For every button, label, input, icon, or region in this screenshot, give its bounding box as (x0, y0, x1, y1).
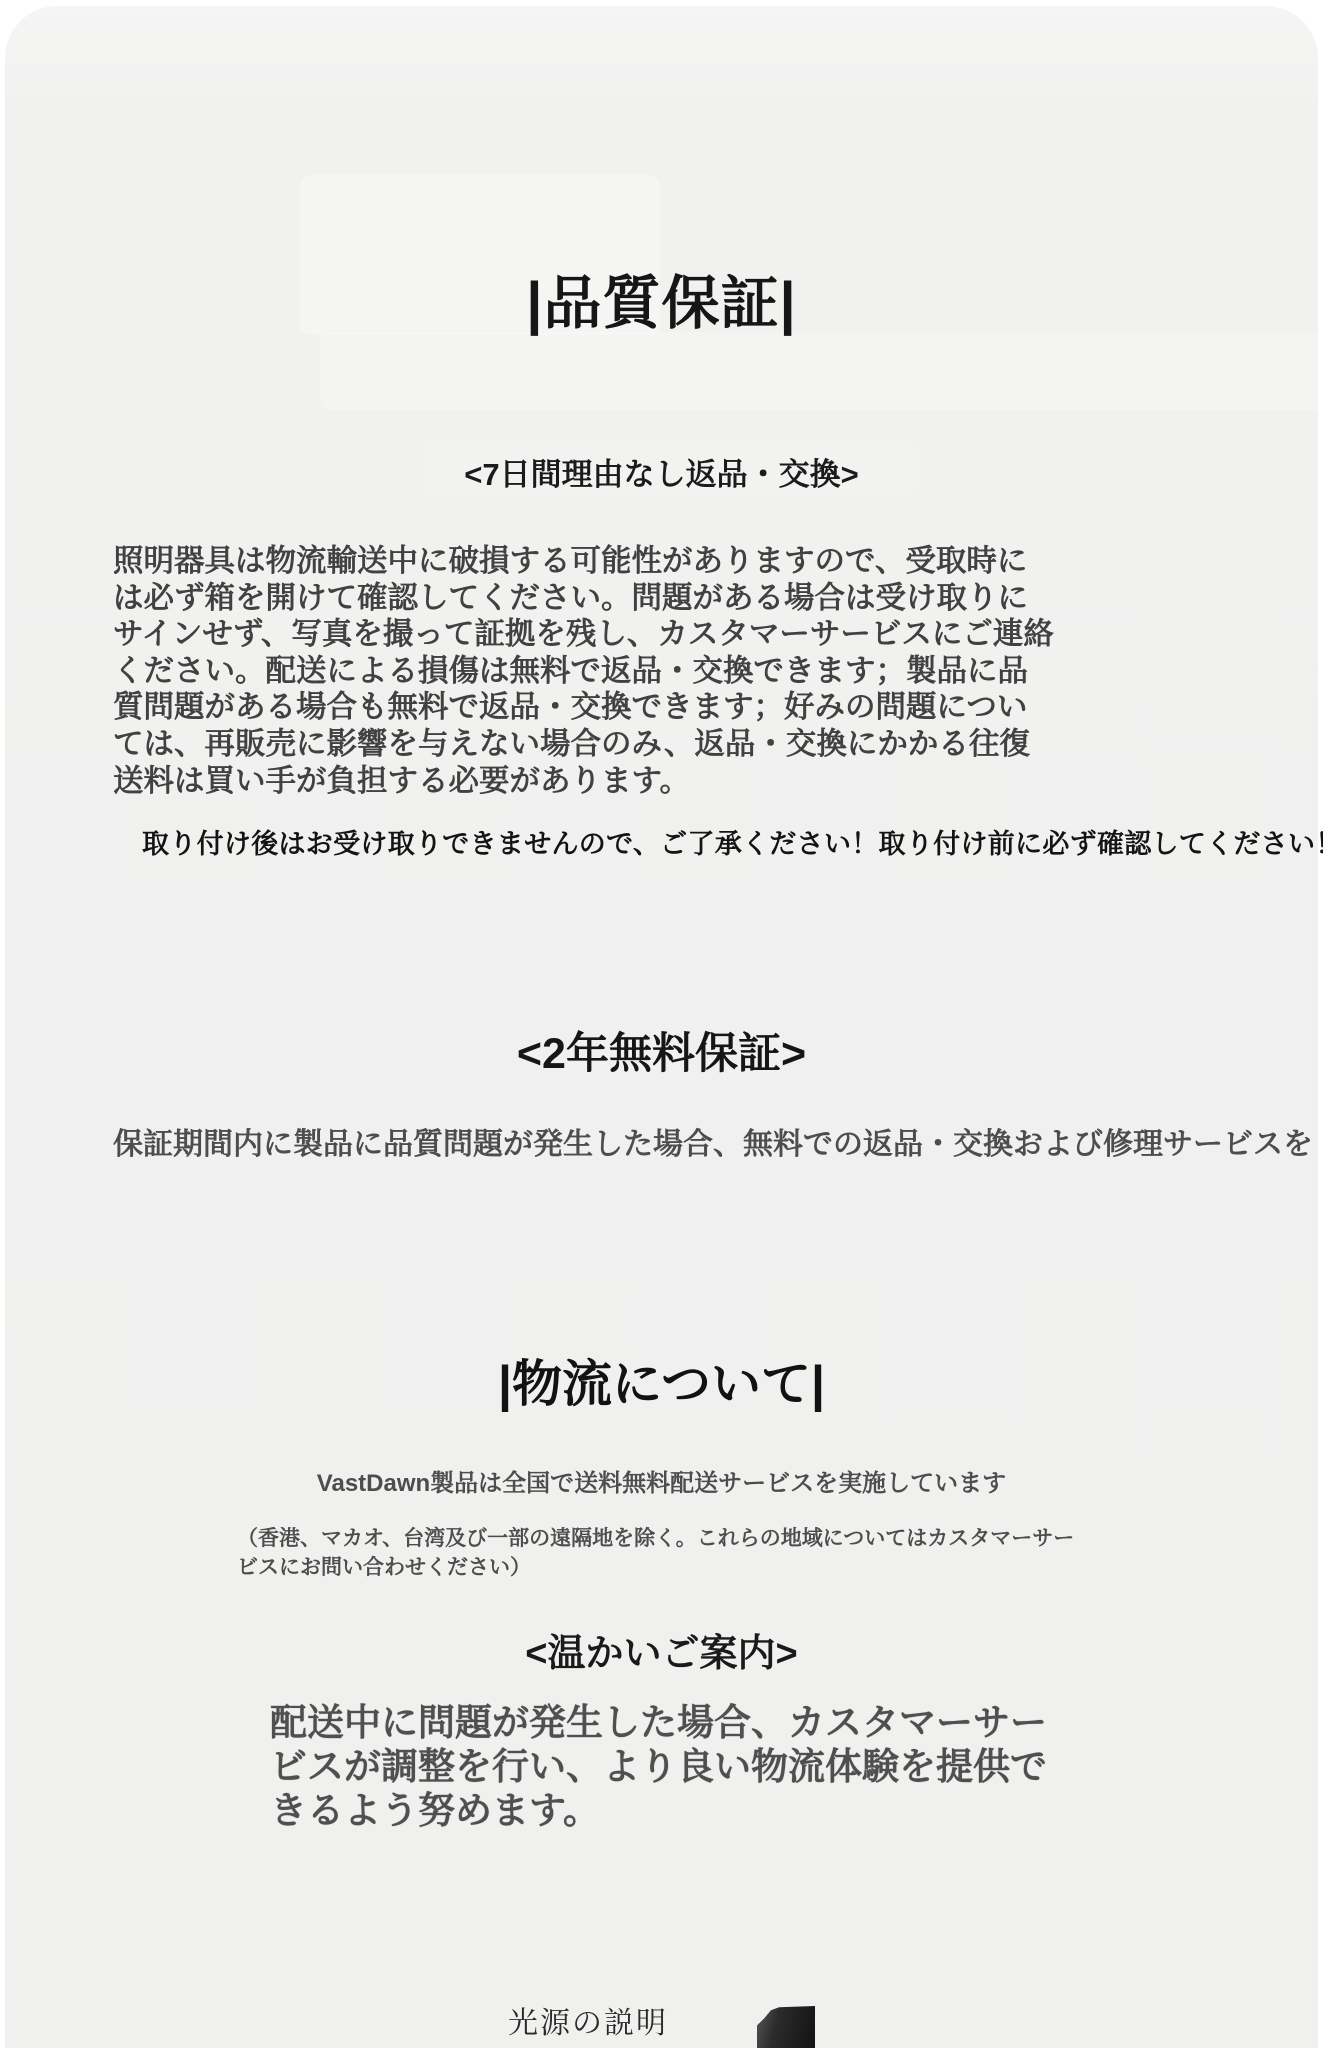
return-policy-paragraph: 照明器具は物流輸送中に破損する可能性がありますので、受取時に は必ず箱を開けて確… (113, 543, 1054, 799)
quality-assurance-title: |品質保証| (0, 256, 1323, 340)
notice-line: きるよう努めます。 (270, 1789, 1047, 1833)
warranty-text: 保証期間内に製品に品質問題が発生した場合、無料での返品・交換および修理サービスを (113, 1119, 1313, 1163)
notice-line: ビスが調整を行い、より良い物流体験を提供で (270, 1745, 1047, 1789)
product-description-page: |品質保証| <7日間理由なし返品・交換> 照明器具は物流輸送中に破損する可能性… (0, 0, 1323, 2048)
notice-line: 配送中に問題が発生した場合、カスタマーサー (270, 1701, 1047, 1745)
logistics-section-title: |物流について| (0, 1344, 1323, 1416)
free-shipping-text: VastDawn製品は全国で送料無料配送サービスを実施しています (0, 1463, 1323, 1498)
note-line: ビスにお問い合わせください） (237, 1553, 1074, 1582)
paragraph-line: 照明器具は物流輸送中に破損する可能性がありますので、受取時に (113, 543, 1054, 580)
installation-warning-text: 取り付け後はお受け取りできませんので、ご了承ください！取り付け前に必ず確認してく… (142, 822, 1323, 861)
return-exchange-heading: <7日間理由なし返品・交換> (0, 449, 1323, 494)
paragraph-line: 質問題がある場合も無料で返品・交換できます；好みの問題につい (113, 689, 1054, 726)
paragraph-line: は必ず箱を開けて確認してください。問題がある場合は受け取りに (113, 580, 1054, 617)
paragraph-line: 送料は買い手が負担する必要があります。 (113, 763, 1054, 800)
warranty-heading: <2年無料保証> (0, 1020, 1323, 1081)
warm-notice-paragraph: 配送中に問題が発生した場合、カスタマーサー ビスが調整を行い、より良い物流体験を… (270, 1701, 1047, 1833)
light-source-heading: 光源の説明 (508, 1998, 668, 2042)
paragraph-line: ください。配送による損傷は無料で返品・交換できます；製品に品 (113, 653, 1054, 690)
note-line: （香港、マカオ、台湾及び一部の遠隔地を除く。これらの地域についてはカスタマーサー (237, 1524, 1074, 1553)
paragraph-line: ては、再販売に影響を与えない場合のみ、返品・交換にかかる往復 (113, 726, 1054, 763)
paragraph-line: サインせず、写真を撮って証拠を残し、カスタマーサービスにご連絡 (113, 616, 1054, 653)
shipping-exclusion-note: （香港、マカオ、台湾及び一部の遠隔地を除く。これらの地域についてはカスタマーサー… (237, 1524, 1074, 1582)
warm-notice-heading: <温かいご案内> (0, 1622, 1323, 1677)
